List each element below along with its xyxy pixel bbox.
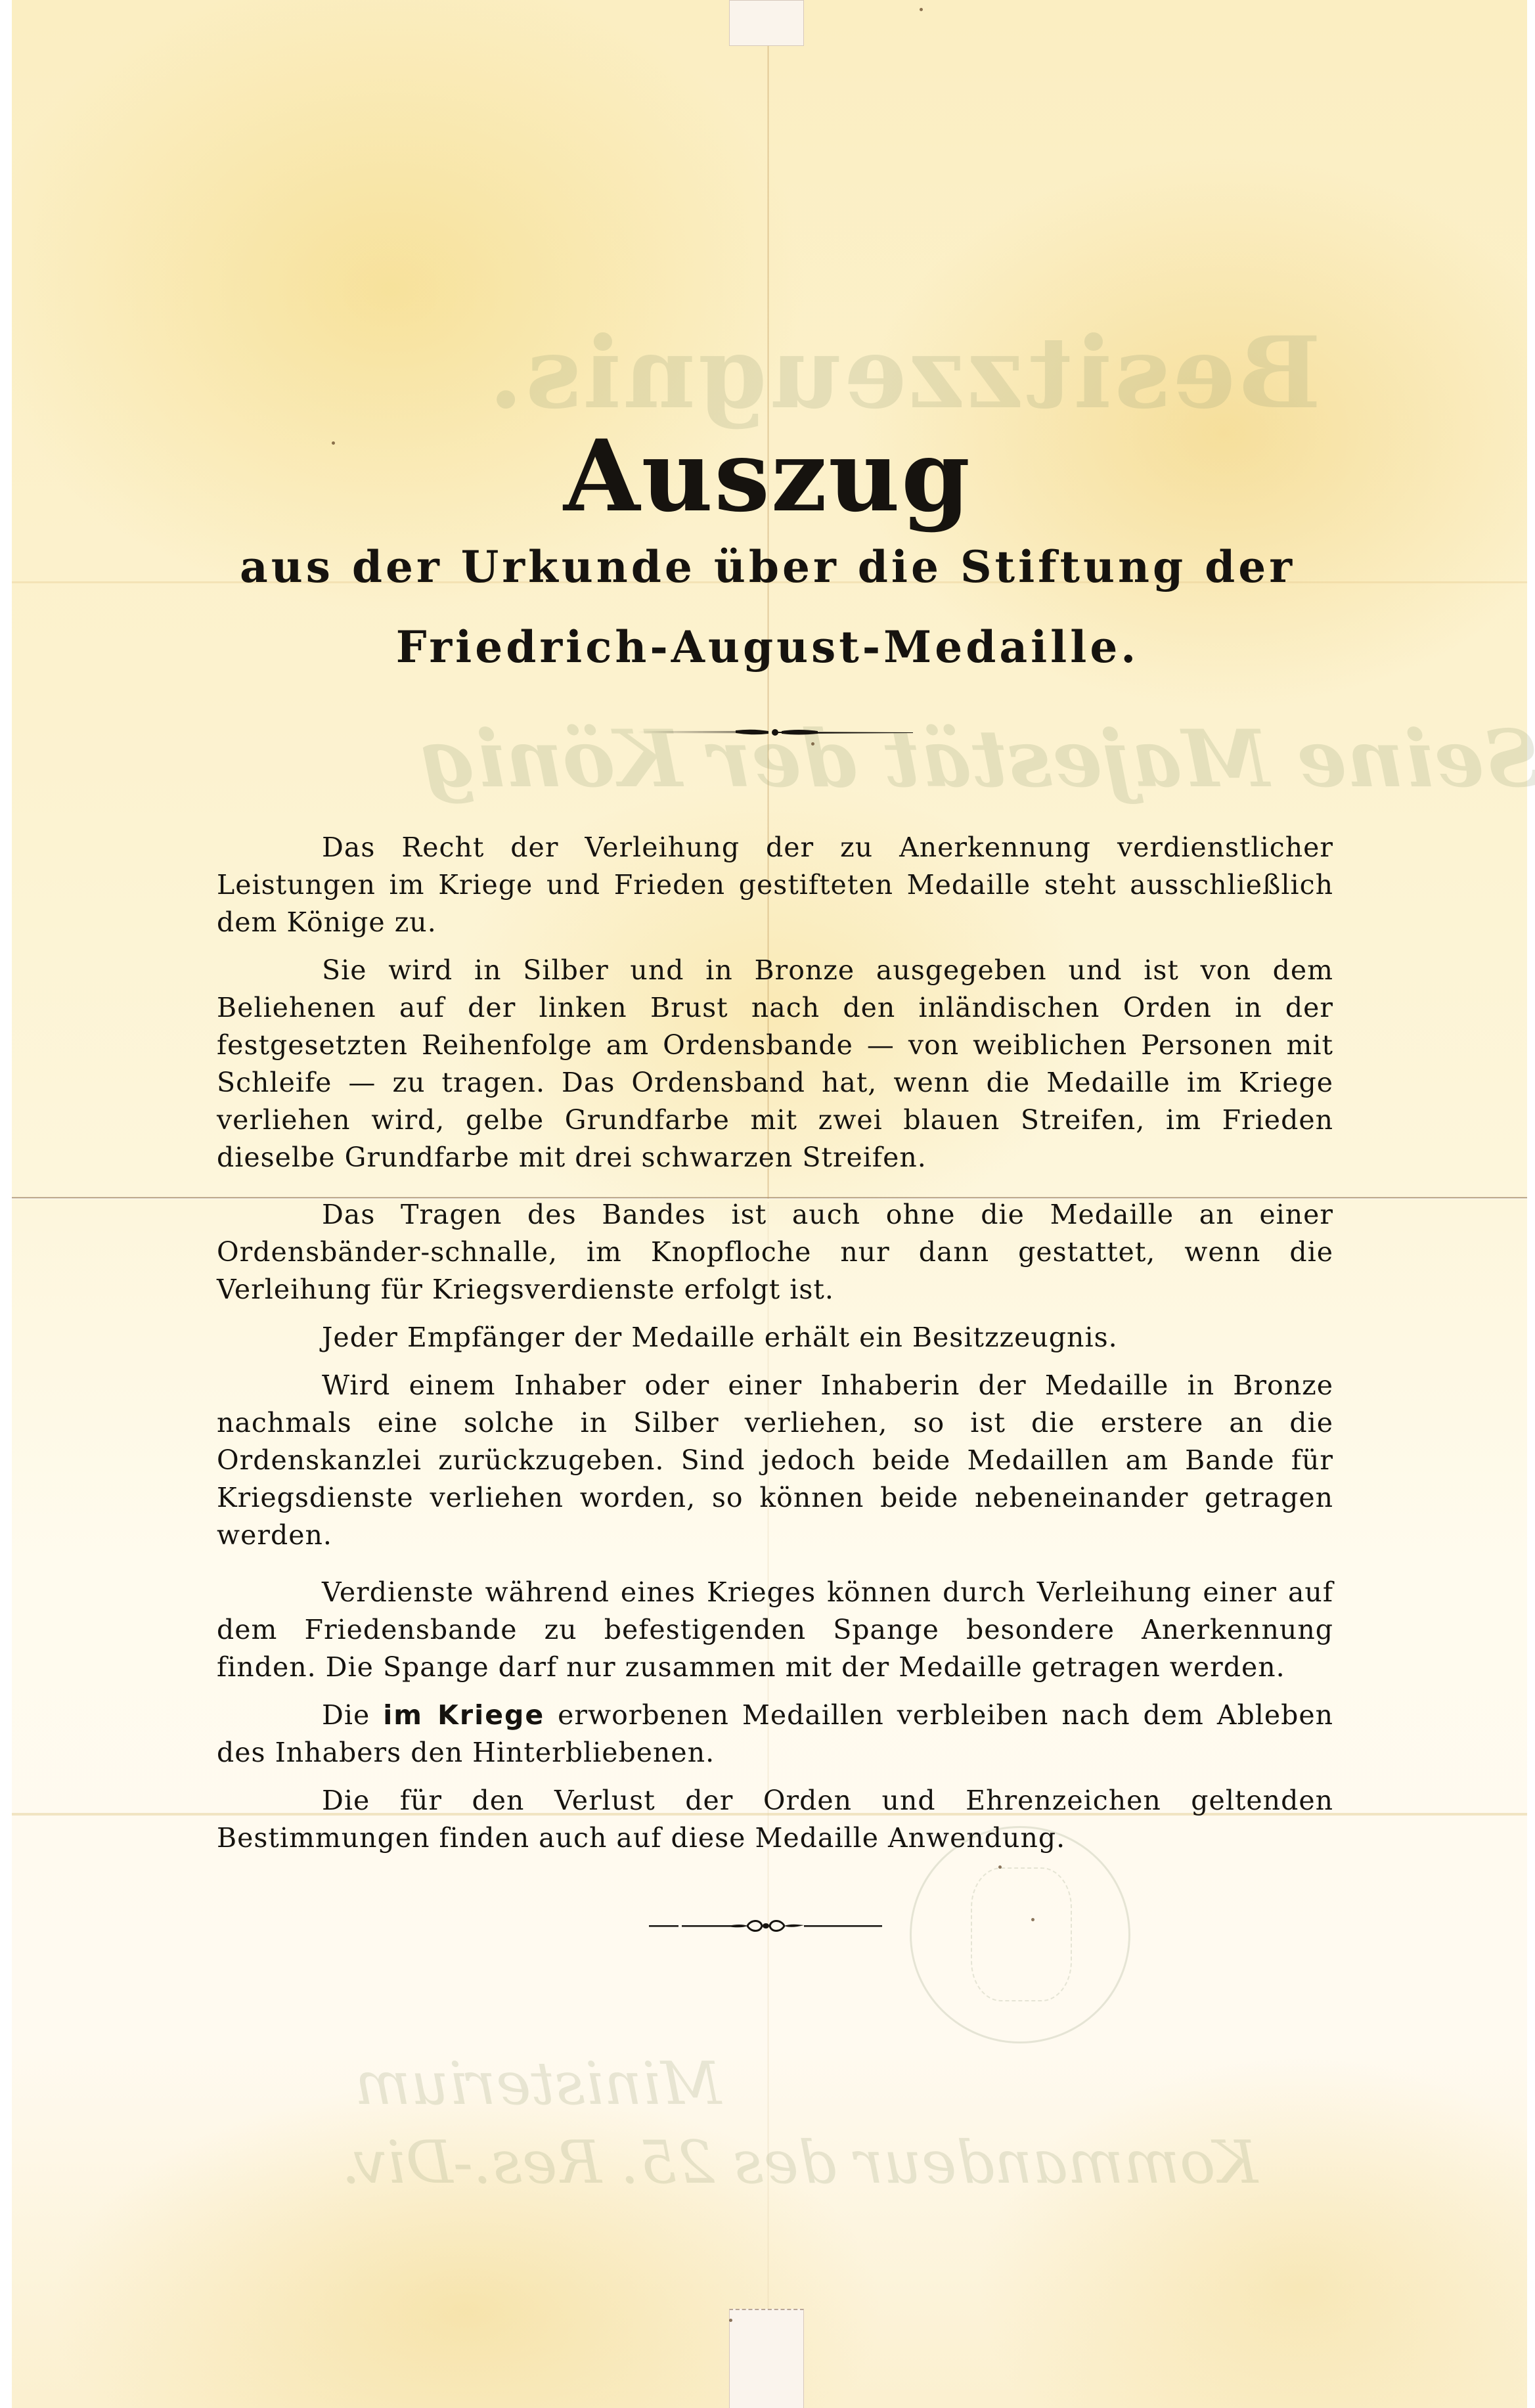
speck xyxy=(332,441,335,445)
speck xyxy=(811,742,814,746)
tape-patch-bottom xyxy=(729,2309,804,2408)
seal-coat-of-arms-icon xyxy=(971,1867,1072,2001)
paragraph-7: Die im Kriege erworbenen Medaillen verbl… xyxy=(217,1697,1333,1772)
document-title: Auszug xyxy=(0,427,1535,525)
document-body: Das Recht der Verleihung der zu Anerkenn… xyxy=(217,829,1333,1867)
bleed-through-heading: Besitzzeugnis. xyxy=(486,315,1321,431)
speck xyxy=(998,1865,1002,1869)
ornamental-divider-dot-icon xyxy=(637,726,913,738)
paragraph-2: Sie wird in Silber und in Bronze ausgege… xyxy=(217,952,1333,1176)
paragraph-3: Das Tragen des Bandes ist auch ohne die … xyxy=(217,1196,1333,1308)
document-subtitle-line-1: aus der Urkunde über die Stiftung der xyxy=(0,545,1535,589)
speck xyxy=(920,8,923,11)
bleed-through-signature-2: Kommandeur des 25. Res.-Div. xyxy=(342,2128,1258,2197)
paragraph-8: Die für den Verlust der Orden und Ehrenz… xyxy=(217,1782,1333,1857)
paragraph-7-lead: Die xyxy=(322,1699,383,1731)
speck xyxy=(1031,1918,1034,1921)
speck xyxy=(729,2319,732,2322)
paragraph-6: Verdienste während eines Krieges können … xyxy=(217,1574,1333,1686)
ornamental-divider-knot-icon xyxy=(649,1918,882,1934)
emphasis-im-kriege: im Kriege xyxy=(383,1699,545,1731)
paragraph-5: Wird einem Inhaber oder einer Inhaberin … xyxy=(217,1367,1333,1554)
paragraph-4: Jeder Empfänger der Medaille erhält ein … xyxy=(217,1319,1333,1356)
bleed-through-signature-1: Ministerium xyxy=(355,2049,721,2118)
document-subtitle-line-2: Friedrich-August-Medaille. xyxy=(0,625,1535,669)
bleed-through-king-line: Seine Majestät der König xyxy=(420,713,1535,805)
paragraph-1: Das Recht der Verleihung der zu Anerkenn… xyxy=(217,829,1333,941)
tape-patch-top xyxy=(729,0,804,46)
